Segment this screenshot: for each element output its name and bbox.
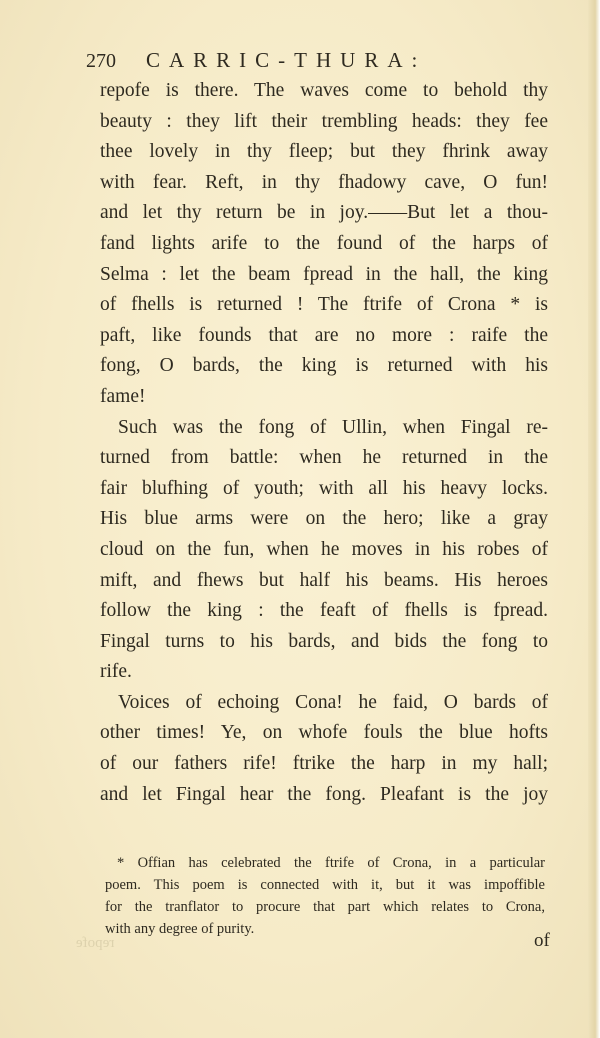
- text-line: Fingal turns to his bards, and bids the …: [100, 627, 548, 658]
- catchword: of: [534, 930, 550, 952]
- text-line: other times! Ye, on whofe fouls the blue…: [100, 718, 548, 749]
- text-line: fand lights arife to the found of the ha…: [100, 229, 548, 260]
- text-line: turned from battle: when he returned in …: [100, 443, 548, 474]
- show-through-text: repofe: [76, 935, 114, 952]
- text-line: rife.: [100, 657, 548, 688]
- text-line: of our fathers rife! ftrike the harp in …: [100, 749, 548, 780]
- text-line: paft, like founds that are no more : rai…: [100, 321, 548, 352]
- text-line: with fear. Reft, in thy fhadowy cave, O …: [100, 168, 548, 199]
- text-line: and let Fingal hear the fong. Pleafant i…: [100, 780, 548, 811]
- running-title: CARRIC-THURA:: [146, 48, 426, 73]
- text-line: fong, O bards, the king is returned with…: [100, 351, 548, 382]
- text-line: thee lovely in thy fleep; but they fhrin…: [100, 137, 548, 168]
- footnote-line: with any degree of purity.: [105, 918, 545, 940]
- page-header: 270 CARRIC-THURA:: [86, 46, 506, 76]
- book-page: 270 CARRIC-THURA: repofe is there. The w…: [0, 0, 600, 1038]
- footnote: * Offian has celebrated the ftrife of Cr…: [105, 852, 545, 940]
- text-line: repofe is there. The waves come to behol…: [100, 76, 548, 107]
- text-line: cloud on the fun, when he moves in his r…: [100, 535, 548, 566]
- text-line: His blue arms were on the hero; like a g…: [100, 504, 548, 535]
- page-number: 270: [86, 50, 116, 73]
- text-line: Selma : let the beam fpread in the hall,…: [100, 260, 548, 291]
- paragraph-start-line: Such was the fong of Ullin, when Fingal …: [100, 413, 548, 444]
- body-text: repofe is there. The waves come to behol…: [100, 76, 548, 810]
- footnote-line: for the tranflator to procure that part …: [105, 896, 545, 918]
- footnote-line: * Offian has celebrated the ftrife of Cr…: [105, 852, 545, 874]
- text-line: fame!: [100, 382, 548, 413]
- paragraph-start-line: Voices of echoing Cona! he faid, O bards…: [100, 688, 548, 719]
- text-line: mift, and fhews but half his beams. His …: [100, 566, 548, 597]
- text-line: of fhells is returned ! The ftrife of Cr…: [100, 290, 548, 321]
- text-line: fair blufhing of youth; with all his hea…: [100, 474, 548, 505]
- text-line: beauty : they lift their trembling heads…: [100, 107, 548, 138]
- text-line: and let thy return be in joy.——But let a…: [100, 198, 548, 229]
- text-line: follow the king : the feaft of fhells is…: [100, 596, 548, 627]
- page-edge: [588, 0, 600, 1038]
- footnote-line: poem. This poem is connected with it, bu…: [105, 874, 545, 896]
